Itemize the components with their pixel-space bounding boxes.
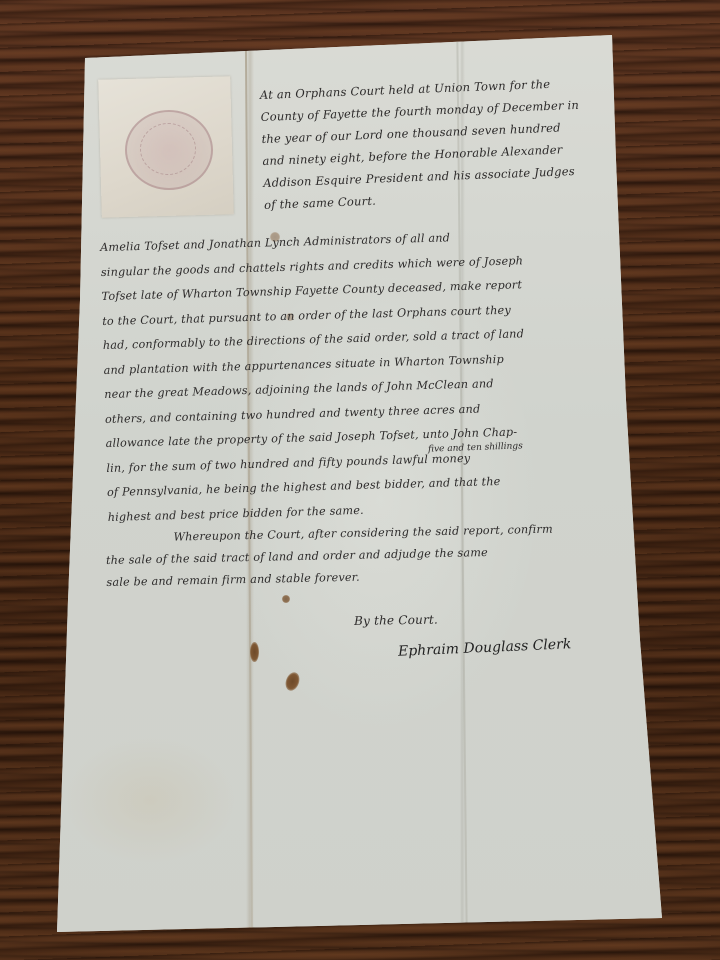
court-confirmation: Whereupon the Court, after considering t… (105, 519, 554, 594)
court-heading: At an Orphans Court held at Union Town f… (259, 72, 582, 216)
administrators-report: Amelia Tofset and Jonathan Lynch Adminis… (100, 225, 530, 531)
ink-stain (250, 642, 259, 662)
seal-inner-ring (140, 123, 196, 175)
clerk-signature: Ephraim Douglass Clerk (398, 636, 572, 660)
ink-stain (283, 670, 302, 692)
ink-stain (282, 595, 290, 603)
attestation: By the Court. (354, 609, 438, 632)
manuscript-document: At an Orphans Court held at Union Town f… (0, 0, 720, 960)
